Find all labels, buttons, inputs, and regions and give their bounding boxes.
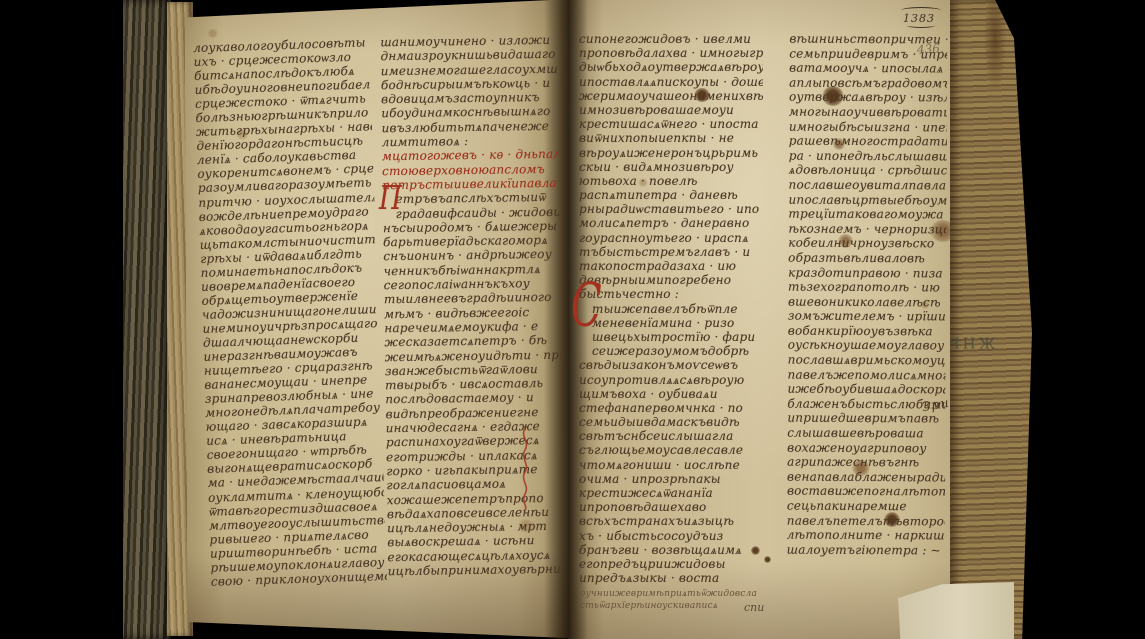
text-line: скыи · видѧмнозивѣроу	[579, 160, 763, 174]
text-line: лѣтополните · наркише	[787, 528, 945, 543]
stain	[764, 556, 771, 563]
text-line: ватамооучѧ · ипосылаѧ	[789, 61, 947, 76]
text-line: ѣкознаемъ · черноризцоу	[788, 221, 946, 236]
text-line: сецьпакинаремше	[787, 499, 945, 514]
text-line: такопострадазаха · ию	[579, 259, 763, 273]
text-line: рашевѣмногострадативза	[789, 134, 947, 149]
text-line: тьзехограпотолѣ · ию	[788, 280, 946, 295]
text-line: девѣрныимипогребено	[579, 273, 763, 287]
text-line: проповѣдалахва · имногыгра	[579, 46, 763, 60]
text-line: стефанапервомчнка · по	[579, 401, 763, 415]
text-line: егопредъцриижидовы	[579, 557, 763, 571]
text-line: стьѿархїерѣиноускиваписѧ	[580, 600, 800, 612]
text-line: тыижепавелъбѣѿпле	[579, 302, 763, 316]
text-line: рнырадиѡставитьего · ипо	[579, 202, 763, 216]
text-line: вобанкирїюоувъзвѣка	[788, 323, 946, 338]
text-line: ипришедшевримъпавѣ	[787, 411, 945, 426]
text-line: краздотиправою · пиза	[788, 265, 946, 280]
stain	[207, 29, 219, 38]
text-line: образтьвѣливаловѣ	[788, 250, 946, 265]
text-line: бранъгви · возвѣщаѧимѧ	[579, 543, 763, 557]
rubricated-initial-p: П	[379, 183, 402, 216]
text-line: кобеилничрноузвѣско	[788, 236, 946, 251]
text-line: горко · игьпакыприѧте	[386, 462, 562, 479]
text-line: павелъжепомолисѧмного	[788, 367, 946, 382]
text-line: имногыбѣсыизгна · ипет	[789, 119, 947, 134]
text-line: очима · ипрозрѣпакы	[579, 472, 763, 486]
text-line: съглющьемоусавлесавле	[579, 443, 763, 457]
text-line: ипоставлѧѧпискоупы · доше	[579, 75, 763, 89]
text-line: ченникъбѣіѡаннакртлѧ	[383, 262, 559, 279]
fore-edge-title-stamp: ЖНЬ	[946, 334, 995, 352]
text-line: швецьхытростїю · фари	[579, 330, 763, 344]
text-line: гоураспноутьего · ираспѧ	[579, 231, 763, 245]
text-line: павелъпетелътъвторое	[787, 513, 945, 528]
text-line: тъбыстьстремъглавъ · и	[579, 245, 763, 259]
text-line: всѣхъстранахъиѧзыцѣ	[579, 514, 763, 528]
text-line: ивъзлюбитьтѧпаченеже	[381, 119, 557, 136]
text-line: твырыбъ · ивсѧоставль	[385, 376, 561, 393]
text-line: вшевоникиколавелѣсѣ	[788, 294, 946, 309]
text-line: ицѣлѧнедоужныѧ · мрт	[387, 519, 563, 536]
text-line: агрипажеснѣвъгнѣ	[787, 455, 945, 470]
text-line: крестишасѧѿнего · ипоста	[579, 117, 763, 131]
text-line: тыилвнеевъградѣииного	[384, 290, 560, 307]
text-line: ра · ипонедѣльслышавше	[789, 148, 947, 163]
addendum-mark: спи	[744, 601, 764, 614]
text-line: меневенїамина · ризо	[579, 316, 763, 330]
left-cover-board	[123, 0, 171, 639]
text-column-2: шанимоучинено · изложиднмаизроукнишьвида…	[380, 33, 564, 579]
text-line: семьидыивдамаскъвидѣ	[579, 415, 763, 429]
folio-number: 436.	[917, 41, 945, 57]
text-line: трецїитаковагомоужа	[788, 207, 946, 222]
text-line: слышавшевѣроваша	[787, 426, 945, 441]
text-line: многынаоучиввѣровати	[789, 105, 947, 120]
library-stamp-number: 1383	[903, 12, 935, 25]
text-line: ипредъѧзыкы · воста	[579, 571, 763, 585]
rubricated-initial-s: С	[571, 276, 602, 336]
text-line: сипонегожидовъ · ивелми	[579, 32, 763, 46]
text-line: щимъвоха · оубиваѧи	[579, 387, 763, 401]
text-line: имнозивѣровашаемоуи	[579, 103, 763, 117]
text-line: виѿнихпопыиепкпы · не	[579, 131, 763, 145]
text-line: пославшеоувиталпавла	[789, 178, 947, 193]
text-line: распѧтипетра · даневѣ	[579, 188, 763, 202]
text-line: аплыповсѣмъградовомъ	[789, 75, 947, 90]
text-line: зомъжителемъ · ирїши	[788, 309, 946, 324]
addendum-gloss: оучниижевримѣприѧтьѿжидовсластьѿархїерѣи…	[580, 588, 800, 612]
text-line: шалоуетъгіюпетра : ~	[787, 542, 945, 557]
text-line: вохаженоуагриповоу	[787, 440, 945, 455]
red-margin-mark	[518, 426, 532, 512]
text-line: оутвержаѧвѣроу · изѣло	[789, 90, 947, 105]
text-line: ицѣлбыпринимахоувѣрнии	[388, 562, 564, 579]
text-line: пославшѧвримьскомоуцрю	[788, 353, 946, 368]
text-line: молисѧпетръ · данеравно	[579, 216, 763, 230]
text-line: ипроповѣдашехаво	[579, 500, 763, 514]
text-line: жеримаоучашеонименихвѣ	[579, 89, 763, 103]
text-line: хъ · ибыстьсосоудъиз	[579, 529, 763, 543]
fore-edge-page-block	[950, 0, 1032, 639]
text-line: вѣроуѧиженеронъцрьримь	[579, 146, 763, 160]
text-line: ютьвоха · повелѣ	[579, 174, 763, 188]
text-line: ипославѣцртвыебѣоумь	[788, 192, 946, 207]
text-line: воставижепогналѣтопи	[787, 484, 945, 499]
text-line: ѧдовѣлоница · срѣдшисѧ	[789, 163, 947, 178]
text-line: чтомѧгониши · иослѣпе	[579, 458, 763, 472]
text-line: свѣдыизаконъмоѵсеѡвъ	[579, 358, 763, 372]
text-column-3: сипонегожидовъ · ивелмипроповѣдалахва · …	[579, 32, 763, 585]
text-line: исоупротивлѧѧсѧвѣроую	[579, 373, 763, 387]
text-column-4: вѣшниньствопричтеи · посемьприидевримъ ·…	[787, 32, 948, 558]
text-line: быстьчестно :	[579, 287, 763, 301]
text-line: свѣтъснбсеислышагла	[579, 429, 763, 443]
text-column-1: лоукавологоубилосовѣтыихъ · срцежестокоѡ…	[193, 35, 387, 588]
text-line: оучниижевримѣприѧтьѿжидовсла	[580, 588, 800, 600]
text-line: дыѡбьходѧоутвержаѧвѣроу	[579, 60, 763, 74]
manuscript-photo: лоукавологоубилосовѣтыихъ · срцежестокоѡ…	[0, 0, 1145, 639]
text-line: оусѣкноушаемоуглавоу	[788, 338, 946, 353]
text-line: венапавлаблаженыради	[787, 469, 945, 484]
text-line: сеижеразоумомъдобрѣ	[579, 344, 763, 358]
text-line: ижебѣоубившаѧдоскора	[787, 382, 945, 397]
text-line: крестижесѧѿананїа	[579, 486, 763, 500]
